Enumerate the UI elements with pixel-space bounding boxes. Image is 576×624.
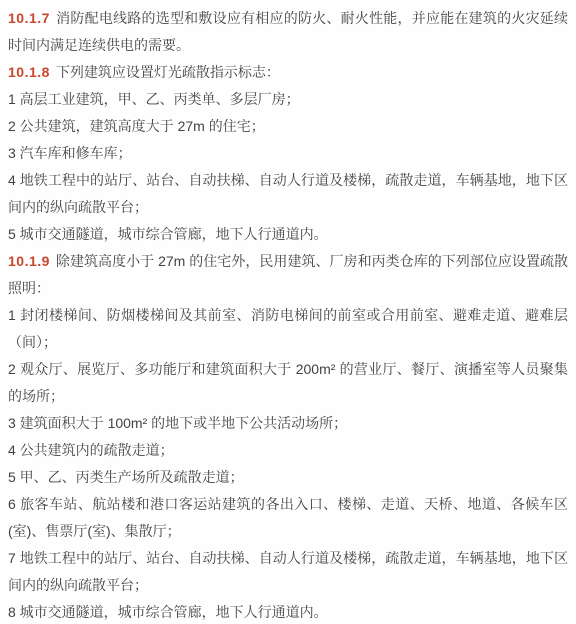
document-body: 10.1.7消防配电线路的选型和敷设应有相应的防火、耐火性能，并应能在建筑的火灾…	[0, 0, 576, 624]
section-10-1-7: 10.1.7消防配电线路的选型和敷设应有相应的防火、耐火性能，并应能在建筑的火灾…	[8, 5, 568, 59]
list-item-10-1-9-6: 6 旅客车站、航站楼和港口客运站建筑的各出入口、楼梯、走道、天桥、地道、各候车区…	[8, 491, 568, 545]
list-item-10-1-8-2: 2 公共建筑，建筑高度大于 27m 的住宅；	[8, 113, 568, 140]
list-item-10-1-9-1: 1 封闭楼梯间、防烟楼梯间及其前室、消防电梯间的前室或合用前室、避难走道、避难层…	[8, 302, 568, 356]
list-item-10-1-9-2: 2 观众厅、展览厅、多功能厅和建筑面积大于 200m² 的营业厅、餐厅、演播室等…	[8, 356, 568, 410]
section-10-1-8: 10.1.8下列建筑应设置灯光疏散指示标志：	[8, 59, 568, 86]
list-item-10-1-9-5: 5 甲、乙、丙类生产场所及疏散走道；	[8, 464, 568, 491]
list-item-10-1-9-8: 8 城市交通隧道，城市综合管廊，地下人行通道内。	[8, 599, 568, 624]
list-item-10-1-8-3: 3 汽车库和修车库；	[8, 140, 568, 167]
list-item-10-1-8-1: 1 高层工业建筑，甲、乙、丙类单、多层厂房；	[8, 86, 568, 113]
list-item-10-1-9-4: 4 公共建筑内的疏散走道；	[8, 437, 568, 464]
section-number-10-1-9: 10.1.9	[8, 253, 50, 269]
section-number-10-1-8: 10.1.8	[8, 64, 50, 80]
section-text-10-1-9: 除建筑高度小于 27m 的住宅外，民用建筑、厂房和丙类仓库的下列部位应设置疏散照…	[8, 253, 568, 296]
list-item-10-1-8-4: 4 地铁工程中的站厅、站台、自动扶梯、自动人行道及楼梯，疏散走道，车辆基地，地下…	[8, 167, 568, 221]
section-text-10-1-7: 消防配电线路的选型和敷设应有相应的防火、耐火性能，并应能在建筑的火灾延续时间内满…	[8, 10, 568, 53]
section-text-10-1-8: 下列建筑应设置灯光疏散指示标志：	[56, 64, 280, 80]
section-number-10-1-7: 10.1.7	[8, 10, 50, 26]
list-item-10-1-9-3: 3 建筑面积大于 100m² 的地下或半地下公共活动场所；	[8, 410, 568, 437]
section-10-1-9: 10.1.9除建筑高度小于 27m 的住宅外，民用建筑、厂房和丙类仓库的下列部位…	[8, 248, 568, 302]
list-item-10-1-9-7: 7 地铁工程中的站厅、站台、自动扶梯、自动人行道及楼梯，疏散走道，车辆基地，地下…	[8, 545, 568, 599]
list-item-10-1-8-5: 5 城市交通隧道，城市综合管廊，地下人行通道内。	[8, 221, 568, 248]
